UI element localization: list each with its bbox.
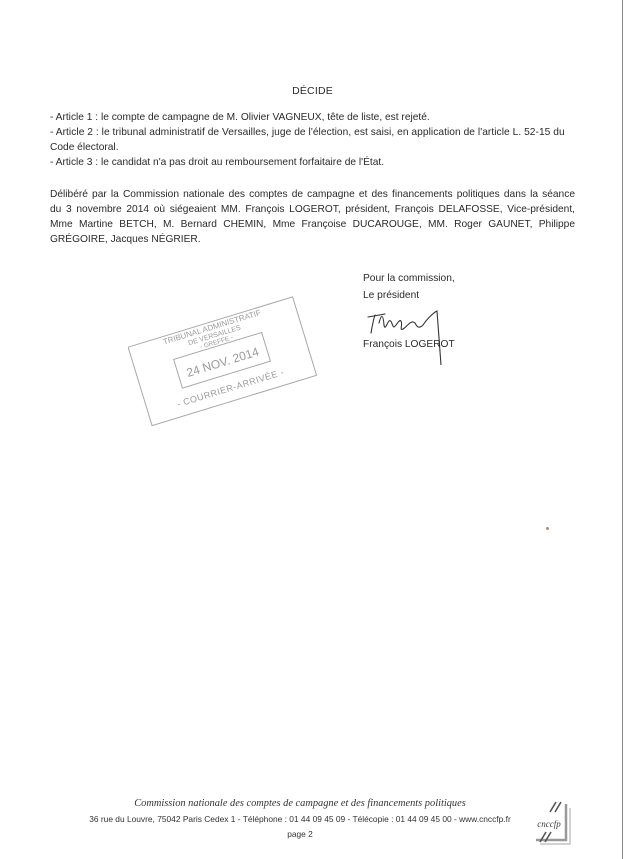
deliberation-line: Délibéré par la Commission nationale des… (50, 187, 575, 202)
footer-organization: Commission nationale des comptes de camp… (0, 798, 600, 809)
scan-speck (546, 527, 549, 530)
court-received-stamp: TRIBUNAL ADMINISTRATIF DE VERSAILLES - G… (128, 290, 318, 430)
signature-title: Le président (363, 290, 419, 301)
cnccfp-logo-icon: cnccfp (530, 800, 574, 848)
logo-text: cnccfp (537, 819, 561, 829)
page-edge (622, 0, 623, 859)
deliberation-line: Mme Martine BETCH, M. Bernard CHEMIN, Mm… (50, 217, 575, 232)
page-number: page 2 (0, 829, 600, 839)
stamp-date: 24 NOV. 2014 (185, 344, 261, 379)
article-3: - Article 3 : le candidat n'a pas droit … (50, 157, 384, 168)
article-2-continuation: Code électoral. (50, 142, 119, 153)
deliberation-line: GRÉGOIRE, Jacques NÉGRIER. (50, 232, 575, 247)
signature-intro: Pour la commission, (363, 273, 455, 284)
decision-heading: DÉCIDE (0, 85, 625, 97)
article-1: - Article 1 : le compte de campagne de M… (50, 112, 430, 123)
article-2: - Article 2 : le tribunal administratif … (50, 127, 565, 138)
handwritten-signature (365, 305, 455, 365)
footer-address: 36 rue du Louvre, 75042 Paris Cedex 1 - … (0, 814, 600, 824)
deliberation-line: du 3 novembre 2014 où siégeaient MM. Fra… (50, 202, 575, 217)
signatory-name: François LOGEROT (363, 339, 455, 350)
deliberation-paragraph: Délibéré par la Commission nationale des… (50, 187, 575, 247)
